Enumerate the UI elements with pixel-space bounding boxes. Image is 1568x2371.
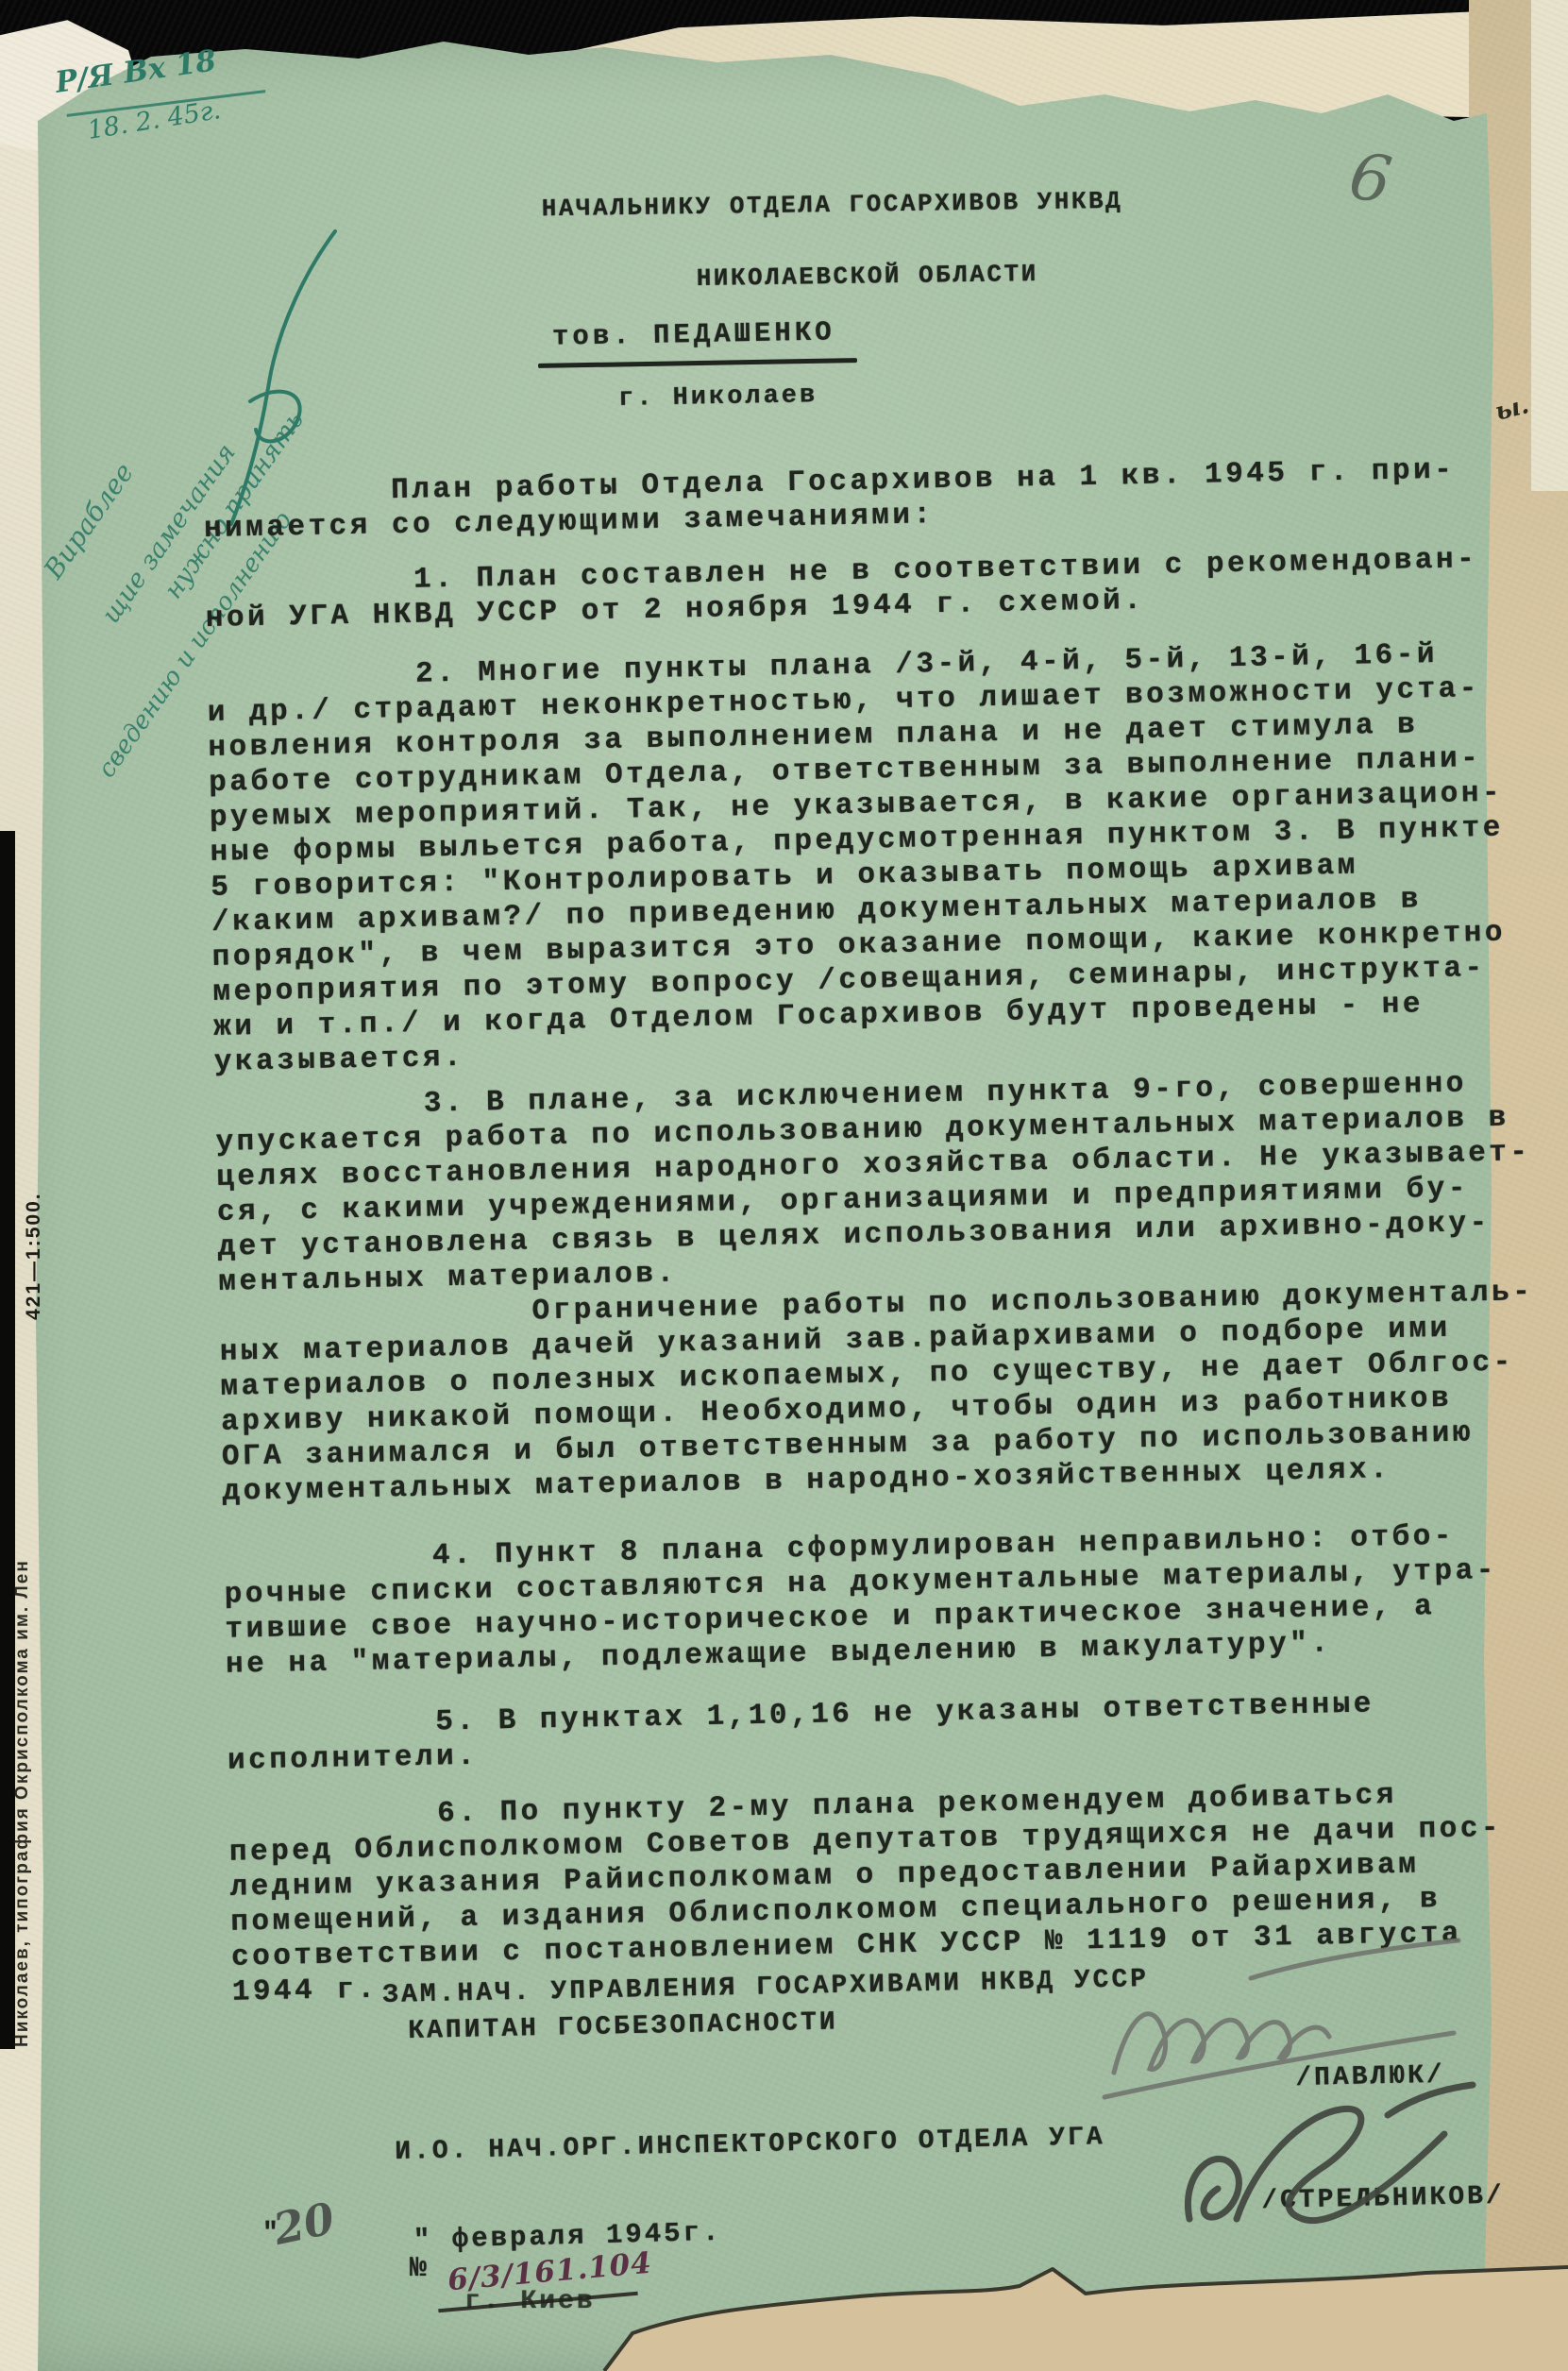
underlying-page-right-pale-edge [1531, 0, 1568, 491]
printer-code-vertical-text: 421—1:500. [23, 1192, 45, 1320]
point-3: 3. В плане, за исключением пункта 9-го, … [214, 1064, 1568, 1509]
point-2: 2. Многие пункты плана /3-й, 4-й, 5-й, 1… [207, 635, 1564, 1080]
addressee-line2: НИКОЛАЕВСКОЙ ОБЛАСТИ [697, 260, 1038, 293]
signature-strelnikov [1161, 2077, 1482, 2257]
addressee-block: НАЧАЛЬНИКУ ОТДЕЛА ГОСАРХИВОВ УНКВД НИКОЛ… [520, 182, 1145, 298]
addressee-line1: НАЧАЛЬНИКУ ОТДЕЛА ГОСАРХИВОВ УНКВД [542, 187, 1123, 224]
document-number-sign: № [410, 2253, 427, 2285]
issuing-city: г. Киев [464, 2287, 596, 2316]
recipient-name: тов. ПЕДАШЕНКО [552, 316, 835, 352]
scanned-archival-document: 421—1:500. Николаев, типография Окриспол… [0, 0, 1568, 2371]
point-1: 1. План составлен не в соответствии с ре… [205, 541, 1556, 636]
point-4: 4. Пункт 8 плана сформулирован неправиль… [224, 1516, 1568, 1682]
torn-bottom-edge [576, 2252, 1568, 2371]
recipient-city: г. Николаев [618, 381, 818, 414]
printer-imprint-vertical-text: Николаев, типография Окрисполкома им. Ле… [12, 1559, 33, 2047]
letter-body: План работы Отдела Госархивов на 1 кв. 1… [203, 451, 1568, 2010]
point-5: 5. В пунктах 1,10,16 не указаны ответств… [227, 1683, 1568, 1778]
